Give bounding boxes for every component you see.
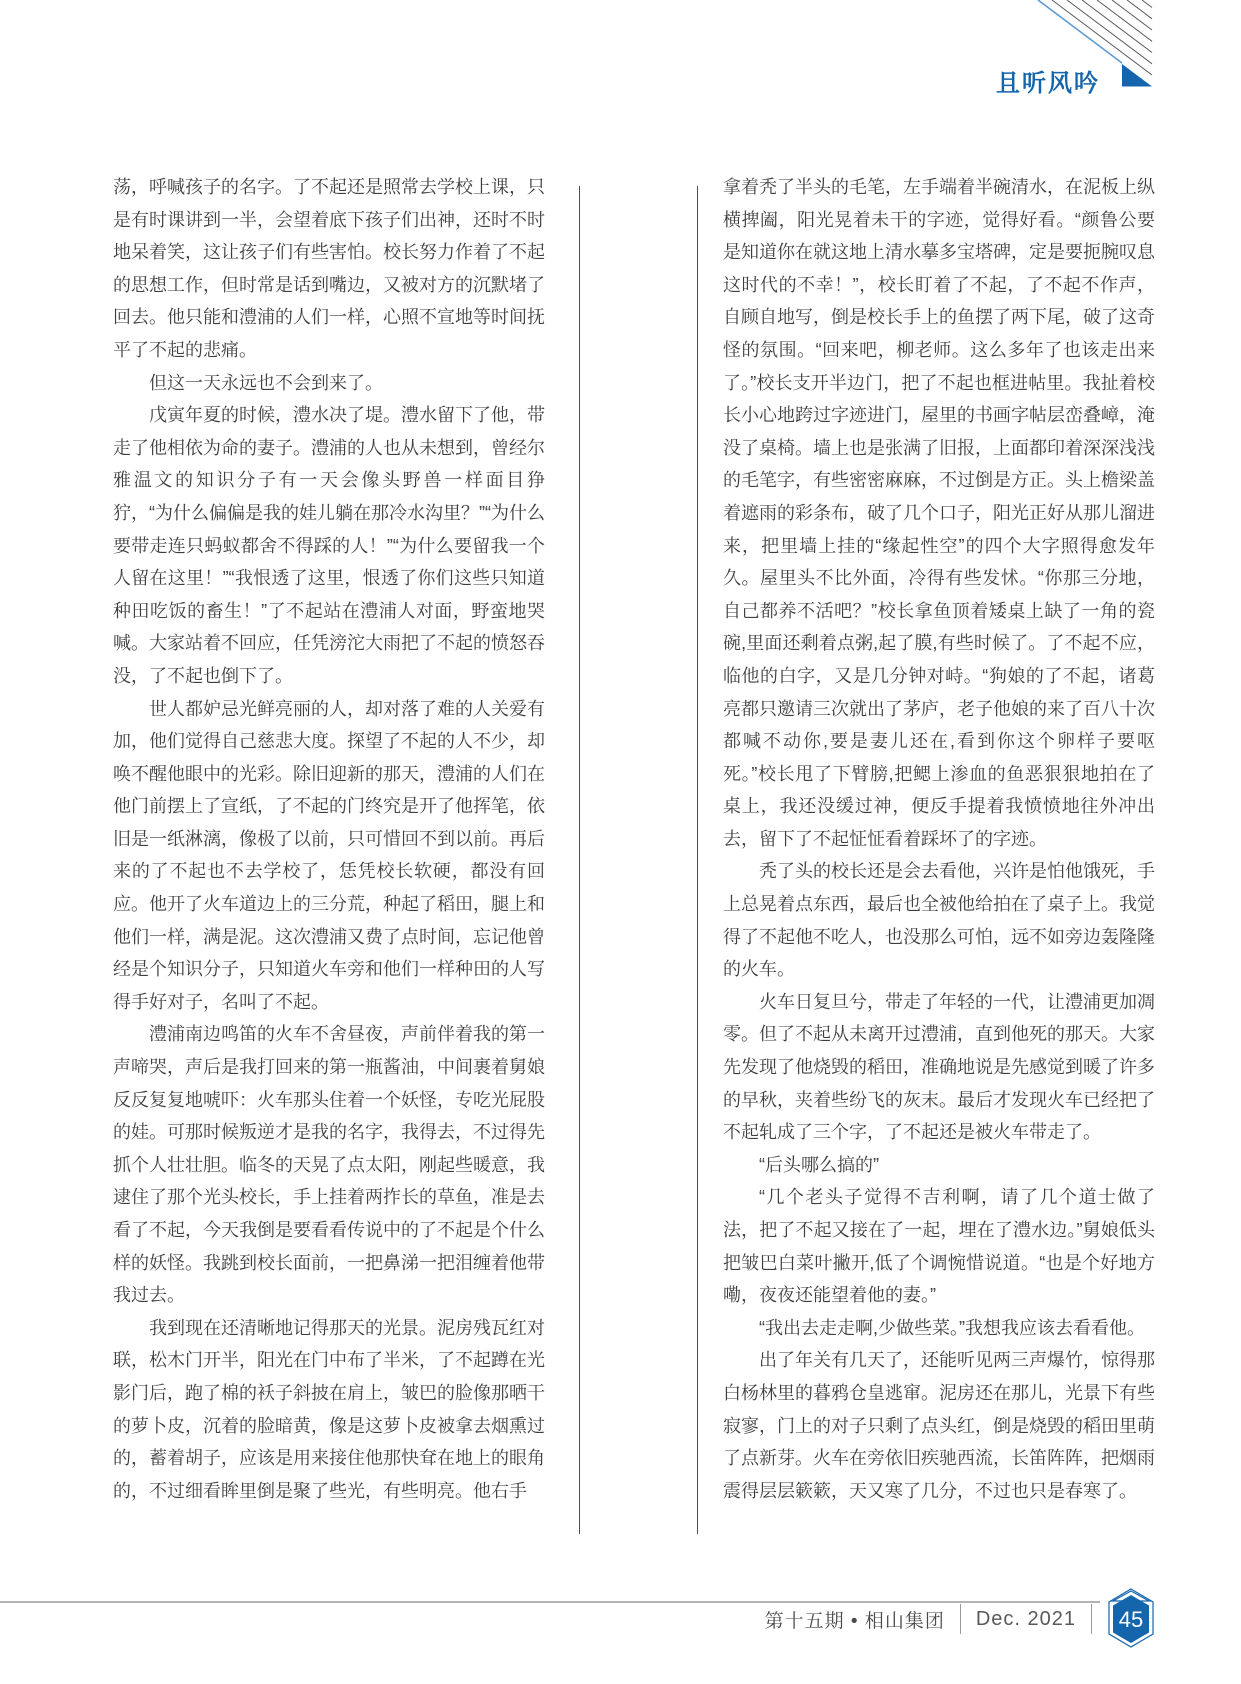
paragraph: 火车日复旦兮，带走了年轻的一代，让澧浦更加凋零。但了不起从未离开过澧浦，直到他死… [723,986,1155,1149]
paragraph: 拿着秃了半头的毛笔，左手端着半碗清水，在泥板上纵横捭阖，阳光晃着未干的字迹，觉得… [723,171,1155,855]
column-divider-left [579,186,580,1534]
paragraph: 世人都妒忌光鲜亮丽的人，却对落了难的人关爱有加，他们觉得自己慈悲大度。探望了不起… [113,693,545,1019]
section-title: 且听风吟 [996,63,1100,98]
footer-separator [1091,1604,1092,1634]
paragraph: 戊寅年夏的时候，澧水决了堤。澧水留下了他，带走了他相依为命的妻子。澧浦的人也从未… [113,399,545,692]
right-column: 拿着秃了半头的毛笔，左手端着半碗清水，在泥板上纵横捭阖，阳光晃着未干的字迹，觉得… [723,171,1155,1507]
paragraph: 出了年关有几天了，还能听见两三声爆竹，惊得那白杨林里的暮鸦仓皇逃窜。泥房还在那儿… [723,1344,1155,1507]
paragraph: “几个老头子觉得不吉利啊，请了几个道士做了法，把了不起又接在了一起，埋在了澧水边… [723,1181,1155,1311]
paragraph: 但这一天永远也不会到来了。 [113,367,545,400]
footer-issue-label: 第十五期 • 相山集团 [765,1606,945,1633]
paragraph: 荡，呼喊孩子的名字。了不起还是照常去学校上课，只是有时课讲到一半，会望着底下孩子… [113,171,545,367]
magazine-page: 且听风吟 荡，呼喊孩子的名字。了不起还是照常去学校上课，只是有时课讲到一半，会望… [0,0,1241,1684]
paragraph: 澧浦南边鸣笛的火车不舍昼夜，声前伴着我的第一声啼哭，声后是我打回来的第一瓶酱油，… [113,1018,545,1311]
page-number-badge: 45 [1107,1588,1155,1650]
paragraph: “我出去走走啊,少做些菜。”我想我应该去看看他。 [723,1312,1155,1345]
left-column: 荡，呼喊孩子的名字。了不起还是照常去学校上课，只是有时课讲到一半，会望着底下孩子… [113,171,545,1507]
paragraph: 我到现在还清晰地记得那天的光景。泥房残瓦红对联，松木门开半，阳光在门中布了半米，… [113,1312,545,1508]
column-divider-right [697,186,698,1534]
page-number: 45 [1119,1607,1143,1632]
footer-date: Dec. 2021 [976,1608,1076,1631]
footer: 第十五期 • 相山集团 Dec. 2021 45 [700,1596,1155,1642]
paragraph: “后头哪么搞的” [723,1149,1155,1182]
footer-separator [960,1604,961,1634]
corner-triangle-icon [1122,64,1152,87]
paragraph: 秃了头的校长还是会去看他，兴许是怕他饿死，手上总晃着点东西，最后也全被他给拍在了… [723,855,1155,985]
